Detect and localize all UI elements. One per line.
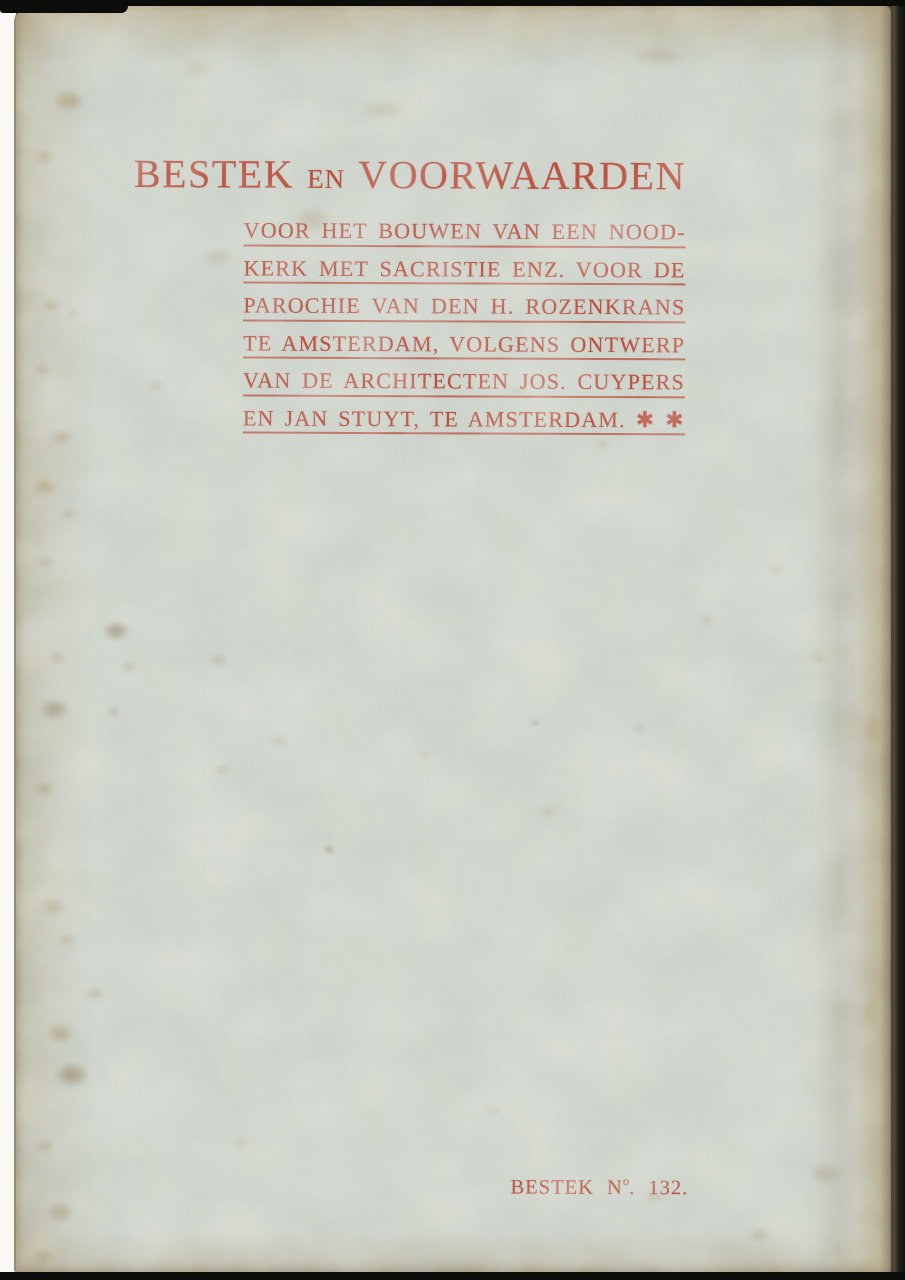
subtitle-line: VAN DE ARCHITECTEN JOS. CUYPERS xyxy=(243,368,685,397)
cover-title: BESTEK EN VOORWAARDEN xyxy=(134,154,686,196)
title-word-en: EN xyxy=(307,166,345,193)
subtitle-line: VOOR HET BOUWEN VAN EEN NOOD- xyxy=(244,218,686,247)
bestek-number: BESTEK No. 132. xyxy=(510,1175,688,1201)
bestek-number-prefix: BESTEK N xyxy=(510,1176,622,1198)
title-word-voorwaarden: VOORWAARDEN xyxy=(358,155,686,196)
scanner-shadow-right-edge xyxy=(856,0,905,1280)
scanned-booklet-cover: BESTEK EN VOORWAARDEN VOOR HET BOUWEN VA… xyxy=(0,0,905,1280)
subtitle-line: TE AMSTERDAM, VOLGENS ONTWERP xyxy=(243,331,685,360)
bestek-number-superscript: o xyxy=(623,1174,629,1188)
subtitle-line: PAROCHIE VAN DEN H. ROZENKRANS xyxy=(243,293,685,322)
subtitle-line: EN JAN STUYT, TE AMSTERDAM. ✱ ✱ xyxy=(243,406,685,435)
cover-subtitle: VOOR HET BOUWEN VAN EEN NOOD- KERK MET S… xyxy=(243,218,686,445)
scanner-edge-top-left xyxy=(0,0,128,13)
bestek-number-suffix: . 132. xyxy=(629,1177,688,1199)
subtitle-line: KERK MET SACRISTIE ENZ. VOOR DE xyxy=(243,256,685,285)
booklet-cover-page: BESTEK EN VOORWAARDEN VOOR HET BOUWEN VA… xyxy=(14,6,891,1274)
title-word-bestek: BESTEK xyxy=(134,154,294,195)
scanner-edge-top xyxy=(0,0,905,6)
cover-text-block: BESTEK EN VOORWAARDEN VOOR HET BOUWEN VA… xyxy=(14,6,891,1274)
scanner-edge-bottom xyxy=(0,1272,905,1280)
